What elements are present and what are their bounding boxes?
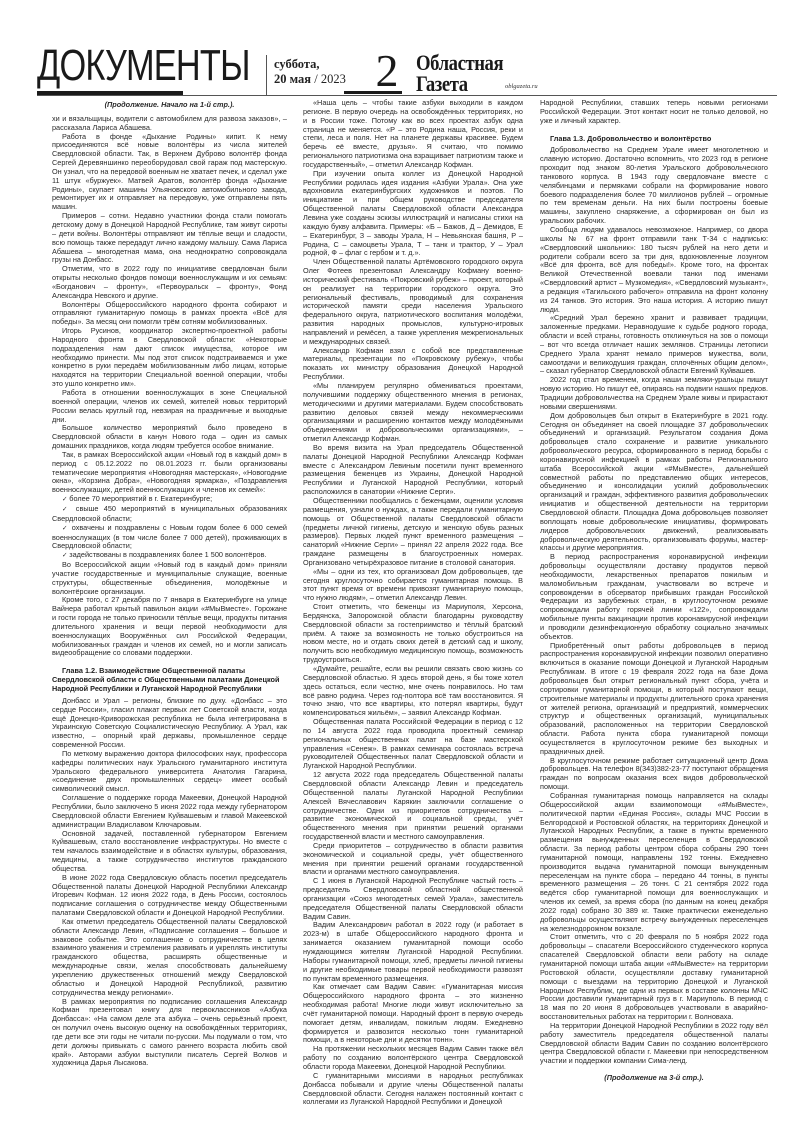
paragraph: Кроме того, с 27 декабря по 7 января в Е…	[52, 596, 287, 658]
paragraph: 12 августа 2022 года председатель Общест…	[303, 771, 523, 842]
chapter-heading: Глава 1.3. Добровольчество и волонтёрств…	[540, 135, 768, 144]
paragraph: Как отметил председатель Общественной па…	[52, 918, 287, 998]
paragraph: Донбасс и Урал – регионы, близкие по дух…	[52, 697, 287, 750]
date-year: 2023	[321, 72, 346, 86]
paragraph: В июне 2022 года Свердловскую область по…	[52, 874, 287, 918]
paragraph: Соглашение о поддержке города Макеевки, …	[52, 794, 287, 829]
article-column-2: «Наша цель – чтобы такие азбуки выходили…	[303, 99, 523, 1107]
paragraph: Во время визита на Урал председатель Общ…	[303, 444, 523, 497]
article-column-3: Народной Республики, ставших теперь новы…	[540, 99, 768, 1083]
day-of-week: суббота,	[274, 57, 346, 72]
paragraph: Добровольчество на Среднем Урале имеет м…	[540, 146, 768, 226]
paragraph: Народной Республики, ставших теперь новы…	[540, 99, 768, 126]
paragraph: Дом добровольцев был открыт в Екатеринбу…	[540, 412, 768, 554]
issue-date: суббота, 20 мая / 2023	[274, 57, 346, 87]
paragraph: Стоит отметить, что с 20 февраля по 5 но…	[540, 933, 768, 1021]
paragraph: хи и вязальщицы, водители с автомобилем …	[52, 115, 287, 133]
paragraph: Во Всероссийской акции «Новый год в кажд…	[52, 561, 287, 596]
paragraph: Общественники пообщались с беженцами, оц…	[303, 497, 523, 568]
paragraph: При изучении опыта коллег из Донецкой На…	[303, 170, 523, 258]
date-separator: /	[311, 72, 321, 86]
header-divider	[266, 55, 267, 95]
page-number: 2	[366, 48, 408, 94]
newspaper-logo: Областная Газета oblgazeta.ru	[416, 53, 519, 96]
paragraph: В рамках мероприятия по подписанию согла…	[52, 998, 287, 1069]
paragraph: На территории Донецкой Народной Республи…	[540, 1022, 768, 1066]
paragraph: Так, в рамках Всероссийской акции «Новый…	[52, 451, 287, 495]
continuation-note: (Продолжение. Начало на 1-й стр.).	[52, 101, 287, 110]
chapter-heading: Глава 1.2. Взаимодействие Общественной п…	[52, 667, 287, 694]
paragraph: «Средний Урал бережно хранит и развивает…	[540, 314, 768, 376]
continued-on-note: (Продолжение на 3-й стр.).	[540, 1074, 768, 1083]
article-column-1: (Продолжение. Начало на 1-й стр.). хи и …	[52, 99, 287, 1068]
paragraph: «Мы планируем регулярно обмениваться про…	[303, 382, 523, 444]
brand-line-2: Газета	[416, 73, 468, 95]
paragraph: Волонтёры Общероссийского народного фрон…	[52, 301, 287, 328]
paragraph: Игорь Русинов, координатор экспертно-про…	[52, 327, 287, 389]
paragraph: «Наша цель – чтобы такие азбуки выходили…	[303, 99, 523, 170]
date-day-month: 20 мая	[274, 72, 311, 86]
paragraph: На протяжении нескольких месяцев Вадим С…	[303, 1045, 523, 1072]
paragraph: Работа в фонде «Дыхание Родины» кипит. К…	[52, 133, 287, 213]
paragraph: Сообща людям удавалось невозможное. Напр…	[540, 226, 768, 314]
paragraph: Член Общественной палаты Артёмовского го…	[303, 258, 523, 346]
paragraph: Собранная гуманитарная помощь направляет…	[540, 792, 768, 934]
paragraph: Работа в отношении военнослужащих в зоне…	[52, 389, 287, 424]
paragraph: «Мы – одни из тех, кто организовал Дом д…	[303, 568, 523, 603]
paragraph: Основной задачей, поставленной губернато…	[52, 830, 287, 874]
paragraph: Отметим, что в 2022 году по инициативе с…	[52, 265, 287, 300]
paragraph: Большое количество мероприятий было пров…	[52, 424, 287, 451]
paragraph: По меткому выражению доктора философских…	[52, 750, 287, 794]
paragraph: Приобретённый опыт работы добровольцев в…	[540, 642, 768, 757]
header-rule	[37, 95, 777, 96]
checkmark-list-item: свыше 450 мероприятий в муниципальных об…	[52, 505, 287, 524]
paragraph: Александр Кофман взял с собой все предст…	[303, 347, 523, 382]
paragraph: «Думайте, решайте, если вы решили связат…	[303, 665, 523, 718]
paragraph: 2022 год стал временем, когда наши земля…	[540, 376, 768, 411]
paragraph: Общественная палата Российской Федерации…	[303, 718, 523, 771]
paragraph: Стоит отметить, что беженцы из Мариуполя…	[303, 603, 523, 665]
brand-line-1: Областная	[416, 53, 503, 73]
paragraph: Как отмечает сам Вадим Савин: «Гуманитар…	[303, 983, 523, 1045]
paragraph: Примеров – сотни. Недавно участники фонд…	[52, 212, 287, 265]
paragraph: В круглосуточном режиме работает ситуаци…	[540, 757, 768, 792]
paragraph: С 1 июня в Луганской Народной Республике…	[303, 877, 523, 921]
page-number-underline	[344, 91, 402, 94]
paragraph: Среди приоритетов – сотрудничество в обл…	[303, 842, 523, 877]
masthead: ДОКУМЕНТЫ суббота, 20 мая / 2023 2 Облас…	[0, 0, 800, 97]
section-title: ДОКУМЕНТЫ	[37, 44, 250, 88]
paragraph: В период распространения коронавирусной …	[540, 553, 768, 641]
checkmark-list-item: охвачены и поздравлены с Новым годом бол…	[52, 524, 287, 552]
brand-website: oblgazeta.ru	[505, 83, 538, 90]
paragraph: Вадим Александрович работал в 2022 году …	[303, 921, 523, 983]
paragraph: С гуманитарными миссиями в народных респ…	[303, 1072, 523, 1107]
